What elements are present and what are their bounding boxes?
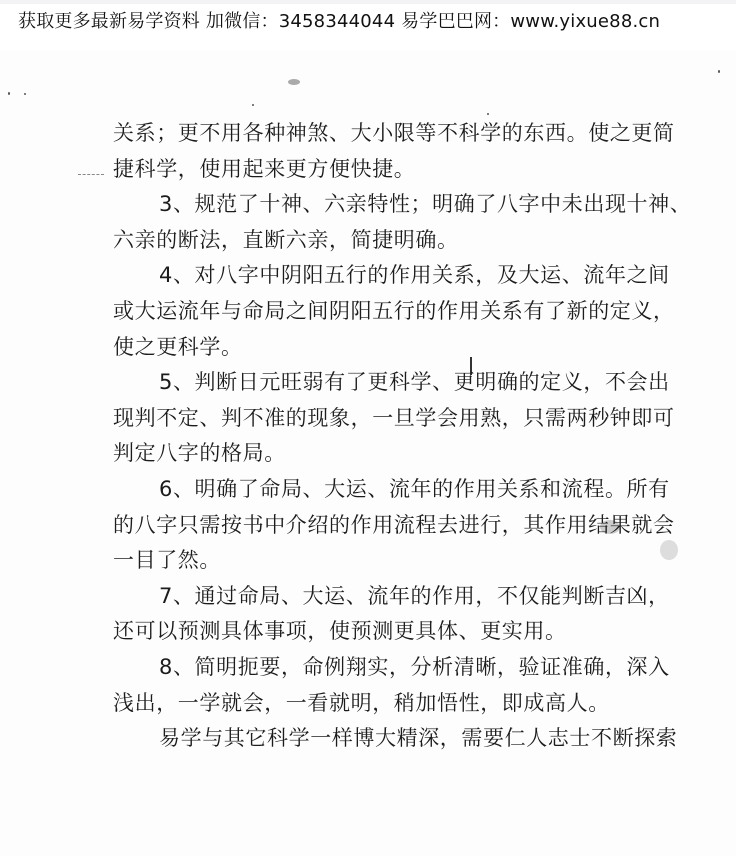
paragraph-item-4: 4、对八字中阴阳五行的作用关系，及大运、流年之间 或大运流年与命局之间阴阳五行的… <box>113 258 713 365</box>
paragraph-item-3: 3、规范了十神、六亲特性；明确了八字中未出现十神、 六亲的断法，直断六亲，简捷明… <box>113 187 713 258</box>
paragraph-item-5: 5、判断日元旺弱有了更科学、更明确的定义，不会出 现判不定、判不准的现象，一旦学… <box>113 365 713 472</box>
scan-speck <box>8 92 10 95</box>
top-strip <box>0 0 736 4</box>
scan-speck <box>24 93 26 95</box>
paragraph-item-6: 6、明确了命局、大运、流年的作用关系和流程。所有 的八字只需按书中介绍的作用流程… <box>113 472 713 579</box>
scan-speck <box>487 113 489 115</box>
paragraph-closing: 易学与其它科学一样博大精深，需要仁人志士不断探索 <box>113 721 713 757</box>
scan-dash-mark <box>78 174 104 176</box>
paragraph-item-7: 7、通过命局、大运、流年的作用，不仅能判断吉凶， 还可以预测具体事项，使预测更具… <box>113 579 713 650</box>
scan-speck <box>718 70 720 73</box>
paragraph-item-8: 8、简明扼要，命例翔实，分析清晰，验证准确，深入 浅出，一学就会，一看就明，稍加… <box>113 650 713 721</box>
watermark-banner: 获取更多最新易学资料 加微信：3458344044 易学巴巴网：www.yixu… <box>18 9 660 35</box>
paragraph-continuation: 关系；更不用各种神煞、大小限等不科学的东西。使之更简 捷科学，使用起来更方便快捷… <box>113 116 713 187</box>
document-body: 关系；更不用各种神煞、大小限等不科学的东西。使之更简 捷科学，使用起来更方便快捷… <box>113 116 713 757</box>
scan-speck <box>252 104 254 106</box>
scan-speck <box>288 79 300 85</box>
